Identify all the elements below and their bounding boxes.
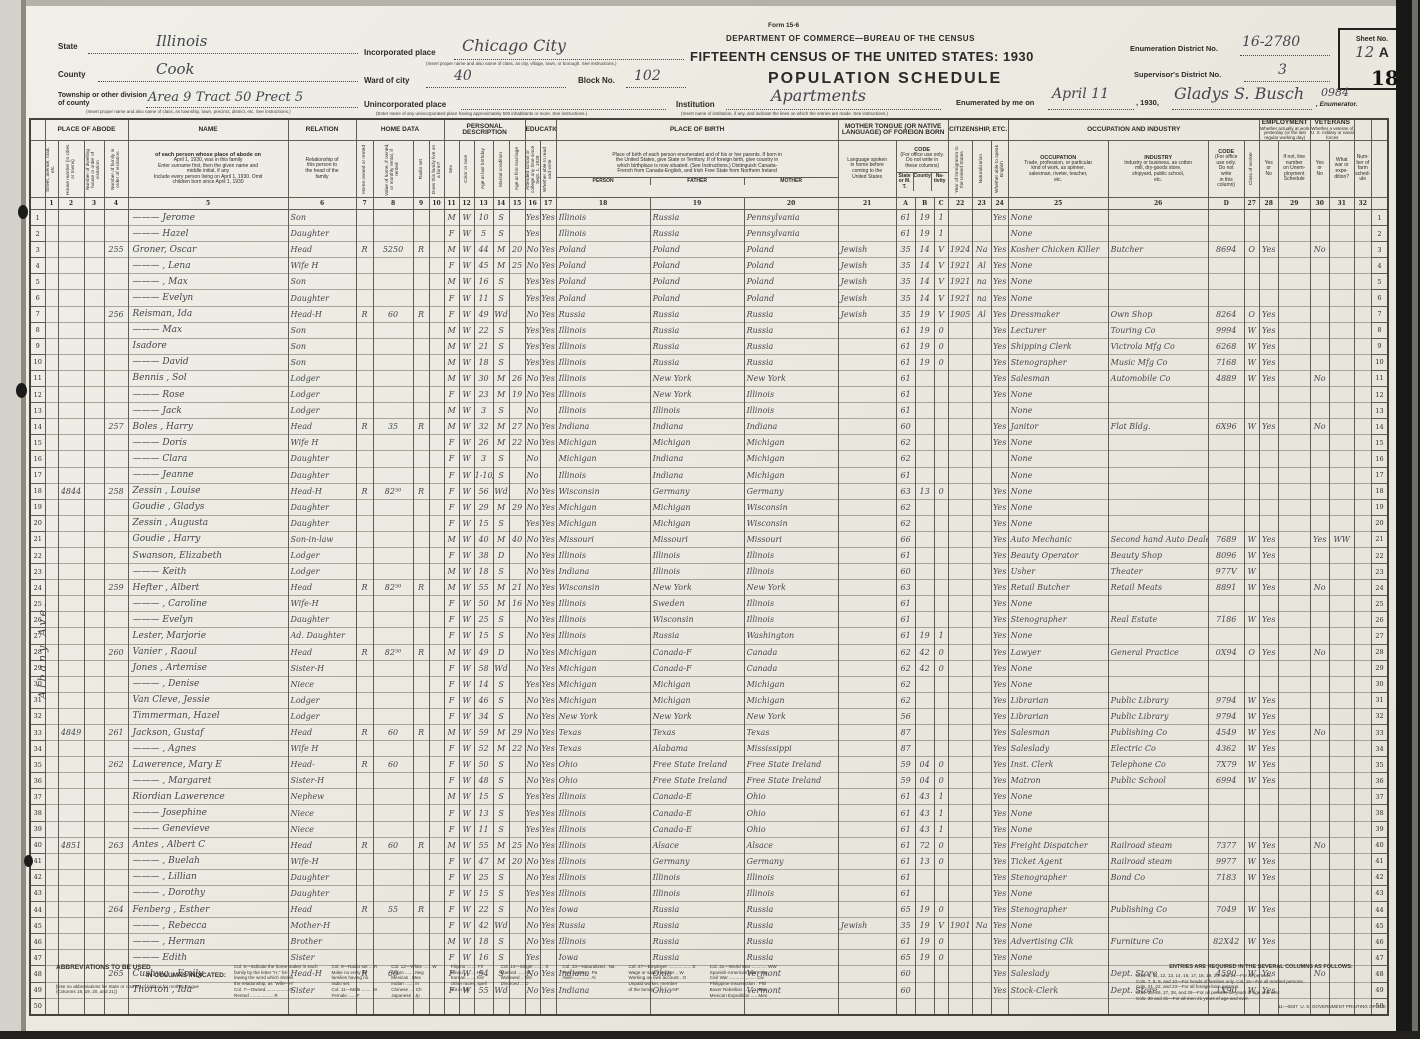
census-cell: 14 <box>915 290 934 306</box>
census-cell: Yes <box>540 322 556 338</box>
census-cell <box>948 467 972 483</box>
census-cell <box>972 902 991 918</box>
census-cell: M <box>444 644 459 660</box>
census-cell <box>356 805 373 821</box>
census-row: 12——— RoseLodgerFW23M19NoYesIllinoisNew … <box>30 387 1388 403</box>
census-cell <box>838 596 896 612</box>
census-cell <box>1278 242 1310 258</box>
census-cell <box>948 370 972 386</box>
census-cell: Russia <box>650 628 744 644</box>
census-cell <box>948 628 972 644</box>
form-number: Form 15-6 <box>768 22 799 29</box>
census-cell: R <box>356 580 373 596</box>
census-cell <box>509 869 525 885</box>
census-cell: No <box>1310 725 1329 741</box>
census-cell: Poland <box>556 290 650 306</box>
census-cell: Russia <box>744 918 838 934</box>
census-cell <box>948 644 972 660</box>
census-cell <box>1329 837 1354 853</box>
census-cell: 256 <box>104 306 128 322</box>
census-cell: Shipping Clerk <box>1008 338 1108 354</box>
census-cell: Yes <box>540 531 556 547</box>
census-cell: New York <box>650 387 744 403</box>
census-cell <box>373 338 413 354</box>
census-cell <box>838 708 896 724</box>
census-cell: Salesman <box>1008 725 1108 741</box>
column-group-header: MOTHER TONGUE (OR NATIVE LANGUAGE) OF FO… <box>838 119 948 141</box>
census-cell: No <box>525 628 540 644</box>
census-cell: 62 <box>896 499 915 515</box>
census-row: 39——— GenevieveNieceFW11SYesYesIllinoisC… <box>30 821 1388 837</box>
census-cell <box>429 902 444 918</box>
census-cell <box>1329 934 1354 950</box>
census-cell: 262 <box>104 757 128 773</box>
census-cell <box>373 451 413 467</box>
census-cell <box>429 612 444 628</box>
census-cell: S <box>493 789 509 805</box>
census-cell <box>948 821 972 837</box>
census-cell: 35 <box>896 242 915 258</box>
census-cell: 263 <box>104 837 128 853</box>
census-cell <box>1310 676 1329 692</box>
census-cell: Stenographer <box>1008 612 1108 628</box>
column-number: 4 <box>104 198 128 210</box>
census-cell: 7689 <box>1208 531 1244 547</box>
census-cell <box>838 934 896 950</box>
line-number-left: 7 <box>30 306 45 322</box>
census-row: 9IsadoreSonMW21SYesYesIllinoisRussiaRuss… <box>30 338 1388 354</box>
census-cell: W <box>1244 580 1259 596</box>
census-cell: Yes <box>540 596 556 612</box>
census-cell: 59 <box>896 757 915 773</box>
census-cell <box>413 467 429 483</box>
census-cell <box>915 403 934 419</box>
census-cell: Michigan <box>650 515 744 531</box>
census-cell <box>1259 387 1278 403</box>
enumerated-year: , 1930, <box>1136 98 1159 107</box>
census-cell: 261 <box>104 725 128 741</box>
census-cell <box>1259 885 1278 901</box>
census-cell: Yes <box>1259 934 1278 950</box>
census-cell: ——— David <box>128 354 288 370</box>
census-cell: Son <box>288 210 356 226</box>
census-cell <box>356 499 373 515</box>
census-cell: Russia <box>650 322 744 338</box>
census-cell: 15 <box>474 789 493 805</box>
line-number-left: 32 <box>30 708 45 724</box>
census-cell: M <box>493 499 509 515</box>
census-cell: Yes <box>540 612 556 628</box>
line-number-right: 14 <box>1371 419 1388 435</box>
census-cell <box>509 885 525 901</box>
census-cell: Zessin , Augusta <box>128 515 288 531</box>
census-cell: Texas <box>556 725 650 741</box>
census-cell <box>1278 660 1310 676</box>
census-cell: Yes <box>991 628 1008 644</box>
column-group-header: EDUCATION <box>525 119 556 141</box>
census-cell: Illinois <box>556 210 650 226</box>
census-cell <box>1329 242 1354 258</box>
census-cell: M <box>493 419 509 435</box>
entries-required-block: ENTRIES ARE REQUIRED IN THE SEVERAL COLU… <box>1136 964 1386 1026</box>
census-cell: Illinois <box>650 403 744 419</box>
census-cell <box>1278 885 1310 901</box>
census-cell <box>413 499 429 515</box>
census-cell <box>509 564 525 580</box>
line-number-right: 23 <box>1371 564 1388 580</box>
census-cell <box>948 612 972 628</box>
census-cell <box>58 789 84 805</box>
census-cell: None <box>1008 226 1108 242</box>
census-cell: 22 <box>474 902 493 918</box>
census-cell: 72 <box>915 837 934 853</box>
census-cell: None <box>1008 821 1108 837</box>
census-cell: W <box>459 725 474 741</box>
census-cell: Yes <box>991 564 1008 580</box>
census-cell: 60 <box>896 419 915 435</box>
census-cell: W <box>1244 869 1259 885</box>
census-cell <box>509 451 525 467</box>
census-cell <box>1278 628 1310 644</box>
census-cell: Canada-E <box>650 789 744 805</box>
census-cell: 22 <box>509 741 525 757</box>
census-cell: 1 <box>934 628 948 644</box>
census-cell <box>838 531 896 547</box>
census-cell <box>948 741 972 757</box>
census-cell <box>413 821 429 837</box>
census-cell: S <box>493 322 509 338</box>
census-row: 44264Fenberg , EstherHeadR55RFW22SNoYesI… <box>30 902 1388 918</box>
census-cell: F <box>444 451 459 467</box>
census-cell <box>413 338 429 354</box>
census-cell <box>1278 773 1310 789</box>
census-cell <box>1108 435 1208 451</box>
census-cell: Matron <box>1008 773 1108 789</box>
census-cell: Yes <box>540 387 556 403</box>
abbreviation-column: Col. 14—Single ........ SMarried ...... … <box>501 964 549 1026</box>
census-cell: S <box>493 515 509 531</box>
census-cell: Yes <box>1259 644 1278 660</box>
census-cell <box>1208 660 1244 676</box>
census-row: 4——— , LenaWife HFW45M25NoYesPolandPolan… <box>30 258 1388 274</box>
line-number-right: 32 <box>1371 708 1388 724</box>
census-cell <box>1354 515 1371 531</box>
census-cell: Yes <box>1259 242 1278 258</box>
census-cell <box>413 596 429 612</box>
census-cell: Illinois <box>744 885 838 901</box>
census-cell: 87 <box>896 741 915 757</box>
census-cell <box>972 934 991 950</box>
census-cell: 19 <box>915 918 934 934</box>
census-cell <box>1244 483 1259 499</box>
census-cell: 13 <box>915 853 934 869</box>
census-cell: Lodger <box>288 403 356 419</box>
census-cell <box>1108 290 1208 306</box>
census-row: 404851263Antes , Albert CHeadR60RMW55M25… <box>30 837 1388 853</box>
census-cell <box>948 660 972 676</box>
column-number: B <box>915 198 934 210</box>
census-cell: 49 <box>474 306 493 322</box>
census-cell: Yes <box>991 773 1008 789</box>
census-cell <box>1329 644 1354 660</box>
census-cell <box>373 676 413 692</box>
census-cell: 42 <box>915 660 934 676</box>
census-cell: Mother-H <box>288 918 356 934</box>
census-cell: No <box>525 483 540 499</box>
census-cell <box>1278 757 1310 773</box>
census-cell <box>1278 676 1310 692</box>
census-cell: 3 <box>474 403 493 419</box>
census-cell: Publishing Co <box>1108 725 1208 741</box>
census-cell: Indiana <box>650 467 744 483</box>
column-description-header: Language spokenin home beforecoming to t… <box>838 141 896 198</box>
census-cell <box>838 741 896 757</box>
census-cell: Wife-H <box>288 596 356 612</box>
census-cell: Illinois <box>556 837 650 853</box>
census-cell <box>1354 354 1371 370</box>
census-cell <box>972 676 991 692</box>
census-cell: 3 <box>474 451 493 467</box>
census-cell: ——— Evelyn <box>128 612 288 628</box>
census-cell: F <box>444 805 459 821</box>
census-cell: S <box>493 290 509 306</box>
census-cell <box>1108 515 1208 531</box>
census-cell <box>1208 274 1244 290</box>
census-cell: 0 <box>934 902 948 918</box>
census-cell <box>1354 483 1371 499</box>
census-cell <box>58 338 84 354</box>
enumerator-label: , Enumerator. <box>1316 101 1358 108</box>
column-number: 16 <box>525 198 540 210</box>
census-cell <box>429 242 444 258</box>
census-cell: Yes <box>1259 757 1278 773</box>
census-cell <box>509 644 525 660</box>
census-cell <box>84 419 104 435</box>
cell-street <box>45 242 58 258</box>
census-cell: 62 <box>896 644 915 660</box>
column-group-header: CITIZENSHIP, ETC. <box>948 119 1008 141</box>
census-cell <box>373 435 413 451</box>
census-cell: None <box>1008 483 1108 499</box>
census-cell: Wisconsin <box>744 499 838 515</box>
line-number-left: 35 <box>30 757 45 773</box>
census-cell <box>509 934 525 950</box>
census-cell <box>429 354 444 370</box>
census-cell: S <box>493 612 509 628</box>
column-number: 14 <box>493 198 509 210</box>
census-cell: 19 <box>915 934 934 950</box>
census-cell <box>972 789 991 805</box>
census-cell <box>373 499 413 515</box>
column-description-header <box>30 141 45 198</box>
census-cell: 19 <box>509 387 525 403</box>
census-cell: Jewish <box>838 274 896 290</box>
census-cell: Yes <box>991 676 1008 692</box>
column-group-header: OCCUPATION AND INDUSTRY <box>1008 119 1259 141</box>
census-cell <box>948 419 972 435</box>
street-name-entry: Albany Ave. <box>36 464 49 699</box>
census-cell <box>1354 580 1371 596</box>
census-cell <box>413 370 429 386</box>
census-cell <box>838 644 896 660</box>
census-cell <box>1244 660 1259 676</box>
census-cell <box>509 322 525 338</box>
census-cell: Bond Co <box>1108 869 1208 885</box>
census-cell <box>948 708 972 724</box>
abbreviation-column: Col. 6—Indicate the home-maker in eachfa… <box>234 964 318 1026</box>
census-cell: Yes <box>1259 370 1278 386</box>
census-cell: Son <box>288 338 356 354</box>
census-cell: W <box>1244 741 1259 757</box>
line-number-left: 39 <box>30 821 45 837</box>
unincorporated-label: Unincorporated place <box>364 100 446 109</box>
census-cell <box>373 773 413 789</box>
line-number-right: 15 <box>1371 435 1388 451</box>
census-cell: Yes <box>540 306 556 322</box>
census-cell: ——— Hazel <box>128 226 288 242</box>
census-cell: 19 <box>915 226 934 242</box>
census-cell: 5 <box>474 226 493 242</box>
census-cell <box>1354 338 1371 354</box>
census-cell <box>373 467 413 483</box>
census-cell: Wisconsin <box>744 515 838 531</box>
census-cell <box>972 226 991 242</box>
census-cell: F <box>444 902 459 918</box>
census-cell <box>1278 306 1310 322</box>
census-cell: W <box>1244 370 1259 386</box>
census-cell <box>413 885 429 901</box>
census-cell <box>991 403 1008 419</box>
census-cell: R <box>413 644 429 660</box>
census-cell: 61 <box>896 338 915 354</box>
census-cell: 63 <box>896 580 915 596</box>
census-cell: Swanson, Elizabeth <box>128 547 288 563</box>
census-cell <box>838 210 896 226</box>
census-cell: Railroad steam <box>1108 853 1208 869</box>
census-cell <box>84 451 104 467</box>
census-cell <box>838 226 896 242</box>
census-cell <box>509 338 525 354</box>
census-cell <box>84 338 104 354</box>
census-cell <box>1278 354 1310 370</box>
census-cell: Canada-F <box>650 644 744 660</box>
census-cell <box>838 628 896 644</box>
census-cell <box>84 805 104 821</box>
census-cell <box>934 580 948 596</box>
census-cell <box>1354 467 1371 483</box>
census-cell: F <box>444 435 459 451</box>
census-cell <box>934 612 948 628</box>
census-cell: Yes <box>540 885 556 901</box>
census-cell: Daughter <box>288 612 356 628</box>
census-cell: Yes <box>991 338 1008 354</box>
census-cell <box>84 435 104 451</box>
census-cell: M <box>493 853 509 869</box>
census-cell <box>948 902 972 918</box>
census-cell <box>429 226 444 242</box>
census-row: 10——— DavidSonMW18SYesYesIllinoisRussiaR… <box>30 354 1388 370</box>
census-cell <box>915 547 934 563</box>
census-cell: No <box>525 934 540 950</box>
census-cell: 264 <box>104 902 128 918</box>
census-cell: Yes <box>1259 837 1278 853</box>
census-cell <box>915 515 934 531</box>
census-cell <box>1329 821 1354 837</box>
census-cell: Yes <box>1259 902 1278 918</box>
column-number: 30 <box>1310 198 1329 210</box>
census-cell <box>1329 596 1354 612</box>
scan-left-edge <box>0 0 26 1039</box>
census-cell <box>1278 612 1310 628</box>
census-cell: 61 <box>896 628 915 644</box>
census-cell <box>104 692 128 708</box>
census-cell <box>373 274 413 290</box>
census-cell <box>915 451 934 467</box>
census-cell: Salesman <box>1008 370 1108 386</box>
census-cell: Head <box>288 242 356 258</box>
census-cell: Retail Butcher <box>1008 580 1108 596</box>
line-number-right: 17 <box>1371 467 1388 483</box>
census-cell: None <box>1008 403 1108 419</box>
census-cell: R <box>413 419 429 435</box>
census-cell <box>1310 741 1329 757</box>
census-cell <box>58 226 84 242</box>
census-cell: 30 <box>474 370 493 386</box>
census-cell <box>1108 660 1208 676</box>
column-description-header: Color or race <box>459 141 474 198</box>
census-cell: Alsace <box>650 837 744 853</box>
census-cell <box>1329 499 1354 515</box>
census-cell: Illinois <box>650 869 744 885</box>
census-cell <box>413 354 429 370</box>
line-number-right: 45 <box>1371 918 1388 934</box>
census-cell: 7168 <box>1208 354 1244 370</box>
census-cell <box>948 805 972 821</box>
census-cell <box>1208 387 1244 403</box>
census-cell <box>1310 773 1329 789</box>
cell-street <box>45 370 58 386</box>
cell-street <box>45 853 58 869</box>
census-cell: 35 <box>373 419 413 435</box>
census-cell <box>1354 918 1371 934</box>
census-cell: Poland <box>650 242 744 258</box>
census-cell <box>356 934 373 950</box>
census-cell: Michigan <box>556 676 650 692</box>
census-cell <box>58 354 84 370</box>
census-cell: Electric Co <box>1108 741 1208 757</box>
census-cell <box>1329 387 1354 403</box>
census-cell: None <box>1008 596 1108 612</box>
census-cell: Ohio <box>556 757 650 773</box>
census-cell: S <box>493 708 509 724</box>
census-cell: Yes <box>1259 741 1278 757</box>
census-cell: 19 <box>915 210 934 226</box>
census-cell: Michigan <box>744 692 838 708</box>
census-cell: Illinois <box>556 596 650 612</box>
cell-street <box>45 918 58 934</box>
census-cell: 1921 <box>948 258 972 274</box>
census-cell: Yes <box>1259 725 1278 741</box>
census-cell: Texas <box>744 725 838 741</box>
census-cell: Yes <box>991 531 1008 547</box>
column-description-header: If not, linenumberon Unem-ploymentSchedu… <box>1278 141 1310 198</box>
census-cell <box>429 628 444 644</box>
census-cell: New York <box>650 370 744 386</box>
census-cell: Beauty Operator <box>1008 547 1108 563</box>
township-note: (Insert proper name and also name of cla… <box>86 109 291 114</box>
census-cell: Wd <box>493 918 509 934</box>
line-number-left: 36 <box>30 773 45 789</box>
